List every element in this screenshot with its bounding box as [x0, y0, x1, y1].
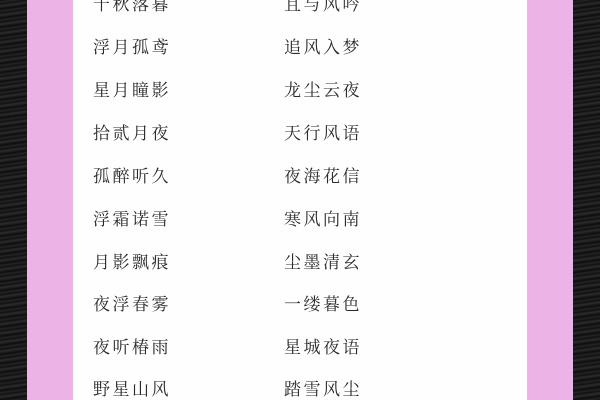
list-row: 星月瞳影 龙尘云夜	[73, 79, 527, 103]
dark-background-left	[0, 0, 27, 400]
name-item: 浮月孤鸢	[93, 36, 171, 60]
list-row: 浮霜诺雪 寒风向南	[73, 208, 527, 232]
list-row: 孤醉听久 夜海花信	[73, 165, 527, 189]
name-item: 夜浮春雾	[93, 293, 171, 317]
name-item: 星城夜语	[284, 336, 362, 360]
list-row: 月影飘痕 尘墨清玄	[73, 251, 527, 275]
name-item: 且与风吟	[284, 0, 362, 17]
dark-background-right	[573, 0, 600, 400]
list-row: 千秋落暮 且与风吟	[73, 0, 527, 17]
list-row: 拾贰月夜 天行风语	[73, 122, 527, 146]
name-item: 月影飘痕	[93, 251, 171, 275]
name-item: 拾贰月夜	[93, 122, 171, 146]
name-item: 寒风向南	[284, 208, 362, 232]
name-item: 一缕暮色	[284, 293, 362, 317]
name-item: 野星山风	[93, 378, 171, 400]
name-item: 孤醉听久	[93, 165, 171, 189]
name-item: 千秋落暮	[93, 0, 171, 17]
list-row: 夜浮春雾 一缕暮色	[73, 293, 527, 317]
name-item: 夜海花信	[284, 165, 362, 189]
name-item: 星月瞳影	[93, 79, 171, 103]
name-item: 踏雪风尘	[284, 378, 362, 400]
name-item: 天行风语	[284, 122, 362, 146]
list-row: 浮月孤鸢 追风入梦	[73, 36, 527, 60]
name-item: 夜听椿雨	[93, 336, 171, 360]
name-list-card: 千秋落暮 且与风吟 浮月孤鸢 追风入梦 星月瞳影 龙尘云夜 拾贰月夜 天行风语 …	[73, 0, 527, 400]
name-item: 尘墨清玄	[284, 251, 362, 275]
name-item: 浮霜诺雪	[93, 208, 171, 232]
name-item: 追风入梦	[284, 36, 362, 60]
list-row: 野星山风 踏雪风尘	[73, 378, 527, 400]
name-item: 龙尘云夜	[284, 79, 362, 103]
list-row: 夜听椿雨 星城夜语	[73, 336, 527, 360]
